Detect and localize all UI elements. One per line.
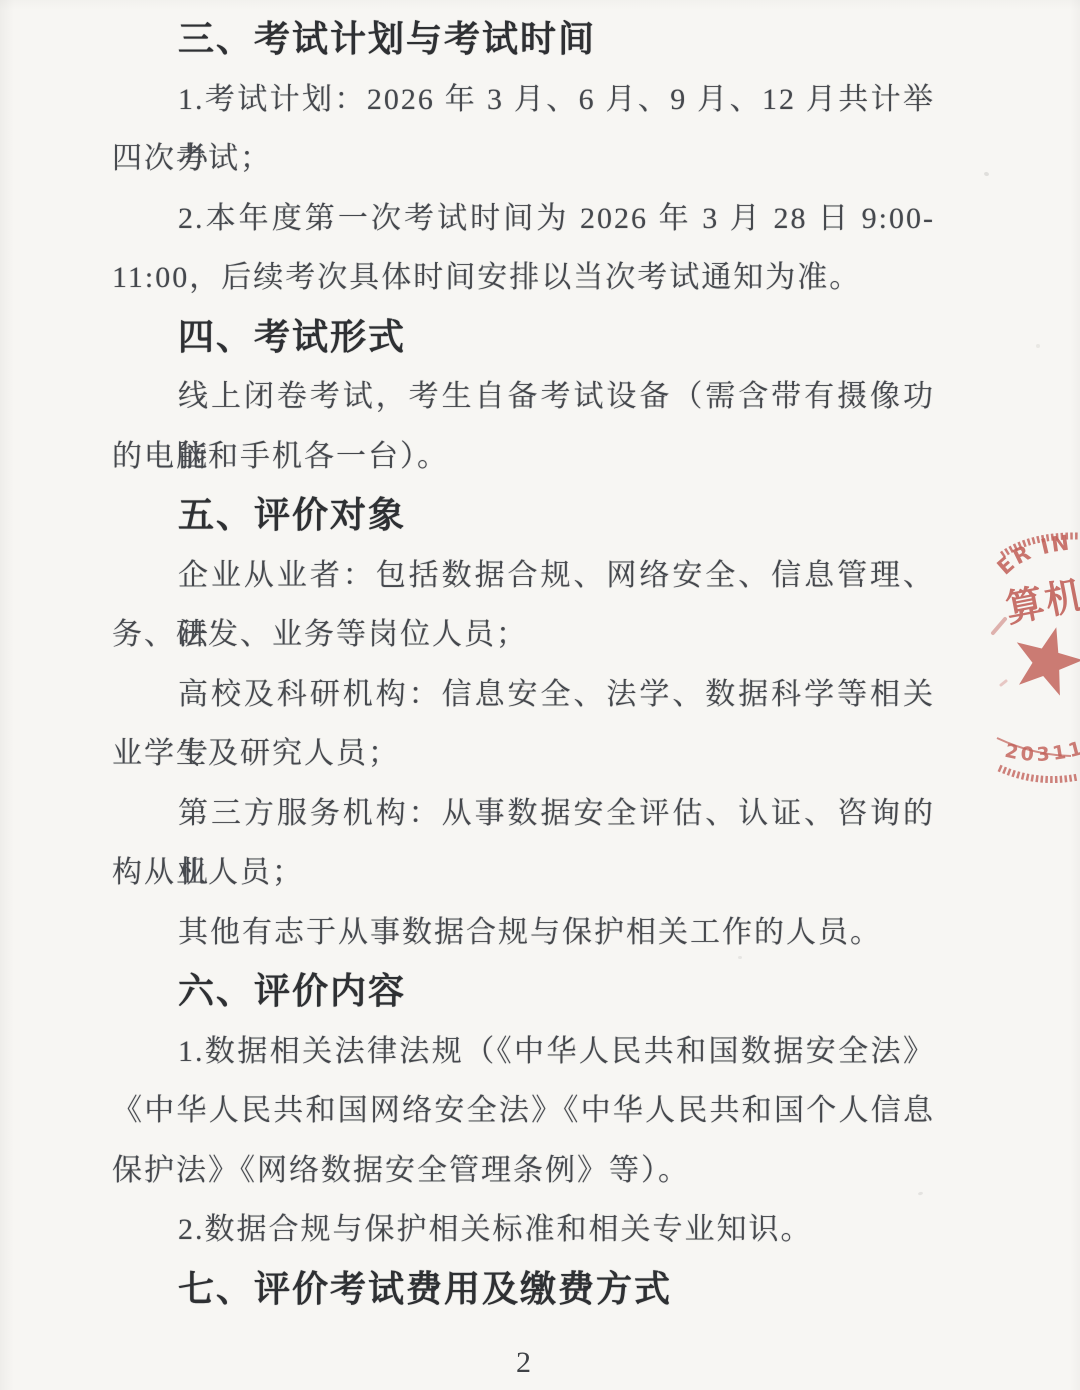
text-line: 第三方服务机构：从事数据安全评估、认证、咨询的机 xyxy=(112,784,935,844)
scan-speck xyxy=(983,171,989,176)
red-seal-stamp: ER IND 算机 20311 xyxy=(975,505,1080,815)
text-line: 务、研发、业务等岗位人员； xyxy=(112,605,935,665)
text-line: 线上闭卷考试，考生自备考试设备（需含带有摄像功能 xyxy=(112,367,935,427)
section-heading-6: 六、评价内容 xyxy=(112,962,935,1022)
text-line: 企业从业者：包括数据合规、网络安全、信息管理、法 xyxy=(112,546,935,606)
text-line: 1.数据相关法律法规（《中华人民共和国数据安全法》 xyxy=(112,1022,935,1082)
text-line: 11:00，后续考次具体时间安排以当次考试通知为准。 xyxy=(112,248,935,308)
text-line: 2.本年度第一次考试时间为 2026 年 3 月 28 日 9:00- xyxy=(112,189,935,249)
text-line: 其他有志于从事数据合规与保护相关工作的人员。 xyxy=(112,903,935,963)
ink-mark xyxy=(993,619,1005,633)
text-line: 保护法》《网络数据安全管理条例》等）。 xyxy=(112,1141,935,1201)
ink-mark xyxy=(1001,681,1006,685)
page-number: 2 xyxy=(112,1346,935,1380)
text-line: 《中华人民共和国网络安全法》《中华人民共和国个人信息 xyxy=(112,1081,935,1141)
scan-speck xyxy=(1036,344,1040,348)
document-body: 三、考试计划与考试时间 1.考试计划：2026 年 3 月、6 月、9 月、12… xyxy=(112,10,935,1319)
text-line: 2.数据合规与保护相关标准和相关专业知识。 xyxy=(112,1200,935,1260)
section-heading-5: 五、评价对象 xyxy=(112,486,935,546)
seal-outer-ring-bottom xyxy=(999,768,1078,780)
seal-arc-text: ER IND xyxy=(975,505,1072,580)
text-line: 高校及科研机构：信息安全、法学、数据科学等相关专 xyxy=(112,665,935,725)
text-line: 1.考试计划：2026 年 3 月、6 月、9 月、12 月共计举办 xyxy=(112,70,935,130)
text-line: 业学生及研究人员； xyxy=(112,724,935,784)
seal-center-text: 算机 xyxy=(1002,574,1080,630)
seal-serial-number: 20311 xyxy=(1003,737,1080,766)
seal-star xyxy=(1017,627,1080,695)
text-line: 的电脑和手机各一台）。 xyxy=(112,427,935,487)
section-heading-7: 七、评价考试费用及缴费方式 xyxy=(112,1260,935,1320)
text-line: 四次考试； xyxy=(112,129,935,189)
text-line: 构从业人员； xyxy=(112,843,935,903)
scanned-document-page: 三、考试计划与考试时间 1.考试计划：2026 年 3 月、6 月、9 月、12… xyxy=(0,0,1080,1390)
section-heading-4: 四、考试形式 xyxy=(112,308,935,368)
section-heading-3: 三、考试计划与考试时间 xyxy=(112,10,935,70)
